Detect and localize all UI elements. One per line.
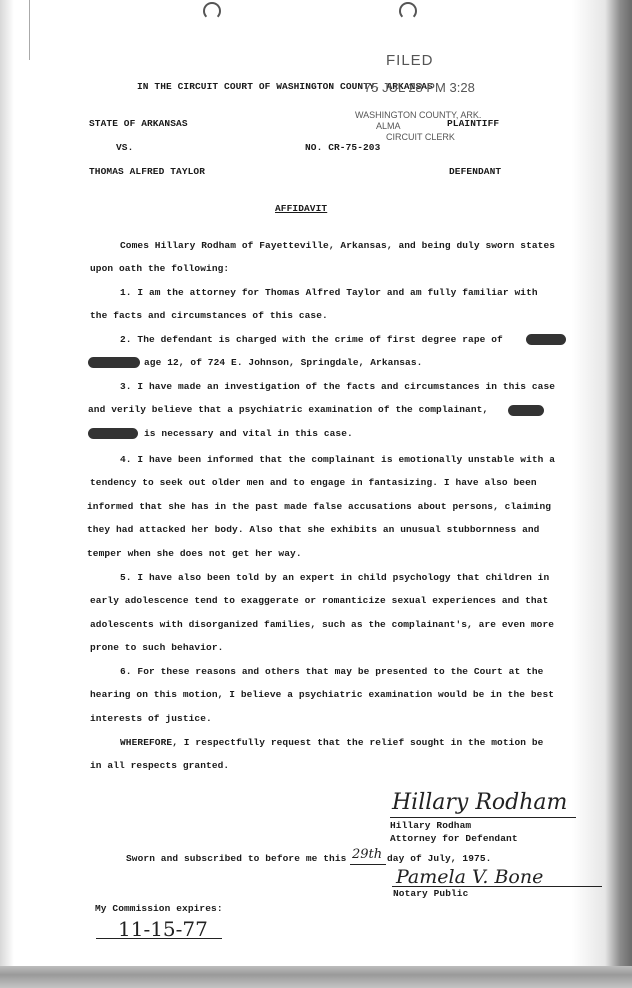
affidavit-title: AFFIDAVIT — [275, 203, 327, 214]
redaction-block — [88, 357, 140, 368]
scan-edge-left — [0, 0, 14, 988]
filed-clerk-stamp: ALMA — [376, 121, 401, 131]
body-line: temper when she does not get her way. — [87, 548, 302, 559]
body-line: age 12, of 724 E. Johnson, Springdale, A… — [144, 357, 422, 368]
commission-label: My Commission expires: — [95, 903, 223, 914]
body-line: tendency to seek out older men and to en… — [90, 477, 537, 488]
body-line: and verily believe that a psychiatric ex… — [88, 404, 488, 415]
scan-edge-right — [572, 0, 632, 988]
punch-hole-icon — [399, 2, 417, 20]
filed-stamp: FILED — [386, 52, 434, 69]
case-number: NO. CR-75-203 — [305, 142, 380, 153]
defendant-name: THOMAS ALFRED TAYLOR — [89, 166, 205, 177]
body-line: early adolescence tend to exaggerate or … — [90, 595, 548, 606]
plaintiff-name: STATE OF ARKANSAS — [89, 118, 188, 129]
body-line: 1. I am the attorney for Thomas Alfred T… — [120, 287, 538, 298]
versus-label: VS. — [116, 142, 133, 153]
body-line: Comes Hillary Rodham of Fayetteville, Ar… — [120, 240, 555, 251]
circuit-clerk-stamp: CIRCUIT CLERK — [386, 132, 455, 142]
punch-hole-icon — [203, 2, 221, 20]
body-line: upon oath the following: — [90, 263, 229, 274]
redaction-block — [526, 334, 566, 345]
commission-date-line — [96, 938, 222, 939]
body-line: 4. I have been informed that the complai… — [120, 454, 555, 465]
sworn-date-text: day of July, 1975. — [387, 853, 491, 864]
attorney-name: Hillary Rodham — [390, 820, 471, 831]
body-line: 3. I have made an investigation of the f… — [120, 381, 555, 392]
body-line: in all respects granted. — [90, 760, 229, 771]
sworn-text: Sworn and subscribed to before me this — [126, 853, 346, 864]
sworn-day-handwritten: 29th — [352, 847, 382, 862]
body-line: WHEREFORE, I respectfully request that t… — [120, 737, 543, 748]
body-line: hearing on this motion, I believe a psyc… — [90, 689, 554, 700]
plaintiff-role: PLAINTIFF — [447, 118, 499, 129]
body-line: 5. I have also been told by an expert in… — [120, 572, 549, 583]
notary-title: Notary Public — [393, 888, 468, 899]
attorney-signature: Hillary Rodham — [392, 790, 567, 815]
body-line: is necessary and vital in this case. — [144, 428, 353, 439]
scan-edge-bottom — [0, 966, 632, 988]
redaction-block — [88, 428, 138, 439]
body-line: adolescents with disorganized families, … — [90, 619, 554, 630]
notary-signature: Pamela V. Bone — [396, 866, 543, 888]
body-line: prone to such behavior. — [90, 642, 223, 653]
body-line: 6. For these reasons and others that may… — [120, 666, 543, 677]
body-line: interests of justice. — [90, 713, 212, 724]
defendant-role: DEFENDANT — [449, 166, 501, 177]
scan-edge-line — [29, 0, 30, 60]
body-line: informed that she has in the past made f… — [87, 501, 551, 512]
scanned-page: IN THE CIRCUIT COURT OF WASHINGTON COUNT… — [0, 0, 632, 988]
signature-line — [390, 817, 576, 818]
body-line: the facts and circumstances of this case… — [90, 310, 328, 321]
body-line: 2. The defendant is charged with the cri… — [120, 334, 503, 345]
body-line: they had attacked her body. Also that sh… — [87, 524, 539, 535]
redaction-block — [508, 405, 544, 416]
day-underline — [350, 864, 386, 865]
filed-date-stamp: 75 JUL 28 PM 3:28 — [364, 80, 475, 95]
notary-signature-line — [392, 886, 602, 887]
attorney-title: Attorney for Defendant — [390, 833, 518, 844]
